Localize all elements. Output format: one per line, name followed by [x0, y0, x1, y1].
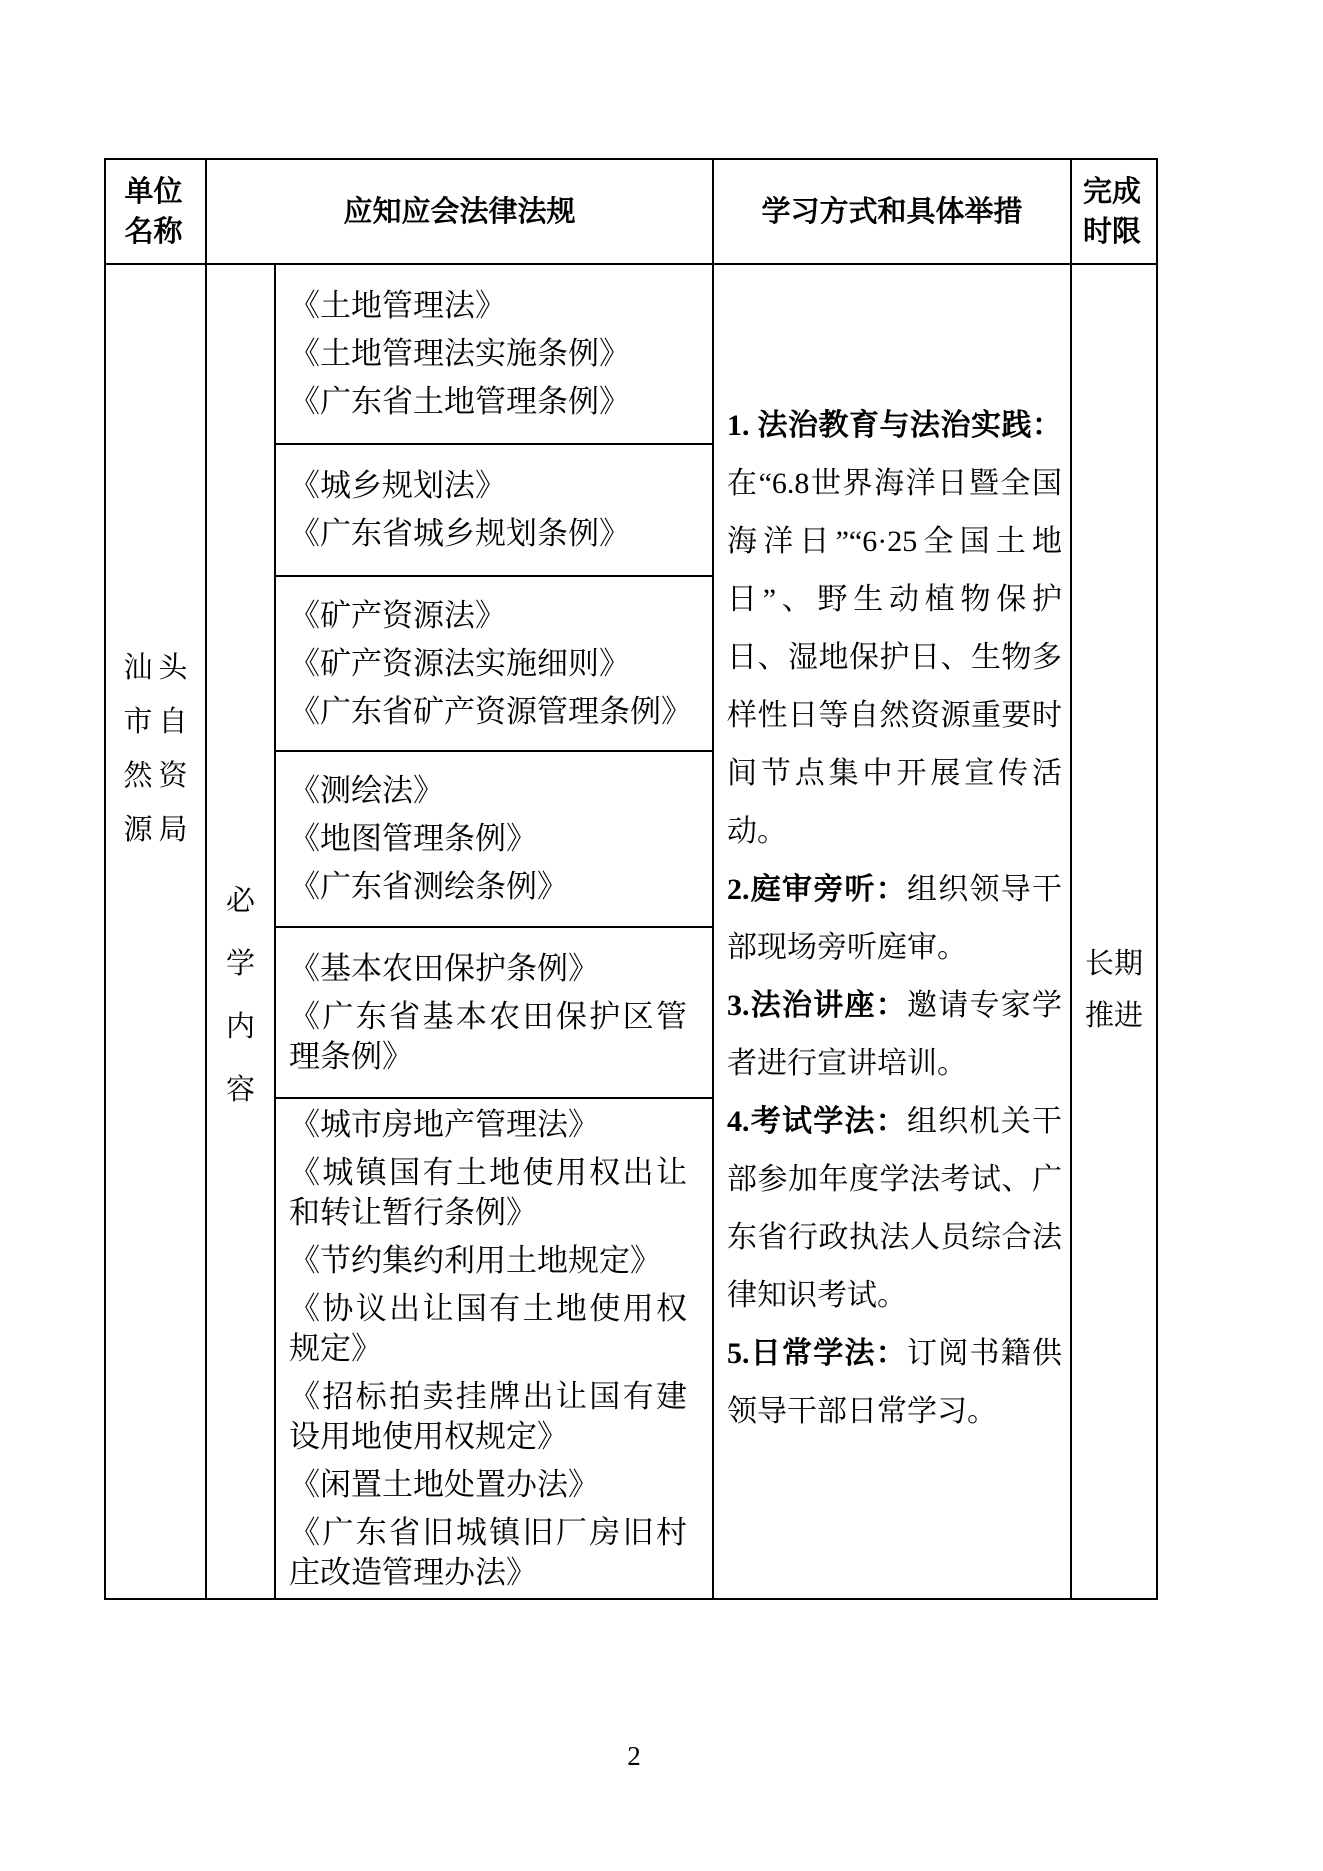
deadline-line: 长期 [1072, 938, 1156, 990]
law-item: 《城镇国有土地使用权出让和转让暂行条例》 [289, 1153, 687, 1233]
measure-label: 5.日常学法： [727, 1337, 907, 1370]
law-group: 《城市房地产管理法》《城镇国有土地使用权出让和转让暂行条例》《节约集约利用土地规… [276, 1099, 712, 1598]
law-group: 《矿产资源法》《矿产资源法实施细则》《广东省矿产资源管理条例》 [276, 577, 712, 752]
page-number: 2 [559, 1741, 709, 1772]
law-item: 《地图管理条例》 [289, 819, 687, 859]
law-item: 《矿产资源法实施细则》 [289, 644, 687, 684]
unit-name-line: 源局 [124, 800, 188, 854]
law-item: 《招标拍卖挂牌出让国有建设用地使用权规定》 [289, 1377, 687, 1457]
unit-name-line: 然资 [124, 746, 188, 800]
deadline-line: 推进 [1072, 990, 1156, 1042]
law-item: 《测绘法》 [289, 771, 687, 811]
law-group: 《城乡规划法》《广东省城乡规划条例》 [276, 445, 712, 577]
header-measures-label: 学习方式和具体举措 [761, 192, 1022, 232]
law-item: 《矿产资源法》 [289, 596, 687, 636]
header-unit-name: 单位名称 [106, 160, 207, 263]
law-group: 《基本农田保护条例》《广东省基本农田保护区管理条例》 [276, 928, 712, 1099]
law-item: 《土地管理法》 [289, 286, 687, 326]
header-deadline-label: 完成时限 [1083, 172, 1145, 252]
header-laws: 应知应会法律法规 [207, 160, 714, 263]
measure-item: 4.考试学法：组织机关干部参加年度学法考试、广东省行政执法人员综合法律知识考试。 [727, 1093, 1062, 1325]
law-item: 《广东省旧城镇旧厂房旧村庄改造管理办法》 [289, 1513, 687, 1593]
law-item: 《基本农田保护条例》 [289, 949, 687, 989]
law-item: 《土地管理法实施条例》 [289, 334, 687, 374]
law-item: 《城市房地产管理法》 [289, 1105, 687, 1145]
table-header-row: 单位名称 应知应会法律法规 学习方式和具体举措 完成时限 [106, 160, 1156, 265]
category-cell: 必学内容 [207, 265, 276, 1598]
deadline-text: 长期推进 [1072, 938, 1156, 1042]
measure-item: 1. 法治教育与法治实践：在“6.8世界海洋日暨全国海洋日”“6·25全国土地日… [727, 397, 1062, 861]
study-plan-table: 单位名称 应知应会法律法规 学习方式和具体举措 完成时限 汕头市自然资源局 必学… [104, 158, 1158, 1600]
category-char: 学 [207, 933, 274, 996]
law-item: 《节约集约利用土地规定》 [289, 1241, 687, 1281]
law-item: 《闲置土地处置办法》 [289, 1465, 687, 1505]
measure-label: 1. 法治教育与法治实践： [727, 409, 1062, 442]
category-char: 容 [207, 1059, 274, 1122]
header-laws-label: 应知应会法律法规 [343, 192, 575, 232]
header-unit-name-label: 单位名称 [125, 172, 187, 252]
law-item: 《广东省矿产资源管理条例》 [289, 692, 687, 732]
law-item: 《协议出让国有土地使用权规定》 [289, 1289, 687, 1369]
deadline-cell: 长期推进 [1072, 265, 1156, 1598]
law-group: 《测绘法》《地图管理条例》《广东省测绘条例》 [276, 752, 712, 928]
measure-item: 3.法治讲座：邀请专家学者进行宣讲培训。 [727, 977, 1062, 1093]
laws-cell: 《土地管理法》《土地管理法实施条例》《广东省土地管理条例》《城乡规划法》《广东省… [276, 265, 714, 1598]
measure-label: 3.法治讲座： [727, 989, 907, 1022]
measure-item: 2.庭审旁听：组织领导干部现场旁听庭审。 [727, 861, 1062, 977]
law-item: 《广东省土地管理条例》 [289, 382, 687, 422]
unit-name-line: 汕头 [124, 638, 188, 692]
category-label-text: 必学内容 [207, 870, 274, 1122]
table-body-row: 汕头市自然资源局 必学内容 《土地管理法》《土地管理法实施条例》《广东省土地管理… [106, 265, 1156, 1598]
measure-label: 4.考试学法： [727, 1105, 907, 1138]
unit-name-cell: 汕头市自然资源局 [106, 265, 207, 1598]
category-char: 内 [207, 996, 274, 1059]
law-item: 《广东省基本农田保护区管理条例》 [289, 997, 687, 1077]
unit-name-line: 市自 [124, 692, 188, 746]
measures-cell: 1. 法治教育与法治实践：在“6.8世界海洋日暨全国海洋日”“6·25全国土地日… [714, 265, 1072, 1598]
measure-item: 5.日常学法：订阅书籍供领导干部日常学习。 [727, 1325, 1062, 1441]
measure-text: 在“6.8世界海洋日暨全国海洋日”“6·25全国土地日”、野生动植物保护日、湿地… [727, 467, 1062, 848]
law-item: 《广东省城乡规划条例》 [289, 514, 687, 554]
measure-label: 2.庭审旁听： [727, 873, 907, 906]
law-item: 《广东省测绘条例》 [289, 867, 687, 907]
law-item: 《城乡规划法》 [289, 466, 687, 506]
header-deadline: 完成时限 [1072, 160, 1156, 263]
unit-name-text: 汕头市自然资源局 [106, 638, 205, 854]
header-measures: 学习方式和具体举措 [714, 160, 1072, 263]
category-char: 必 [207, 870, 274, 933]
law-group: 《土地管理法》《土地管理法实施条例》《广东省土地管理条例》 [276, 265, 712, 445]
